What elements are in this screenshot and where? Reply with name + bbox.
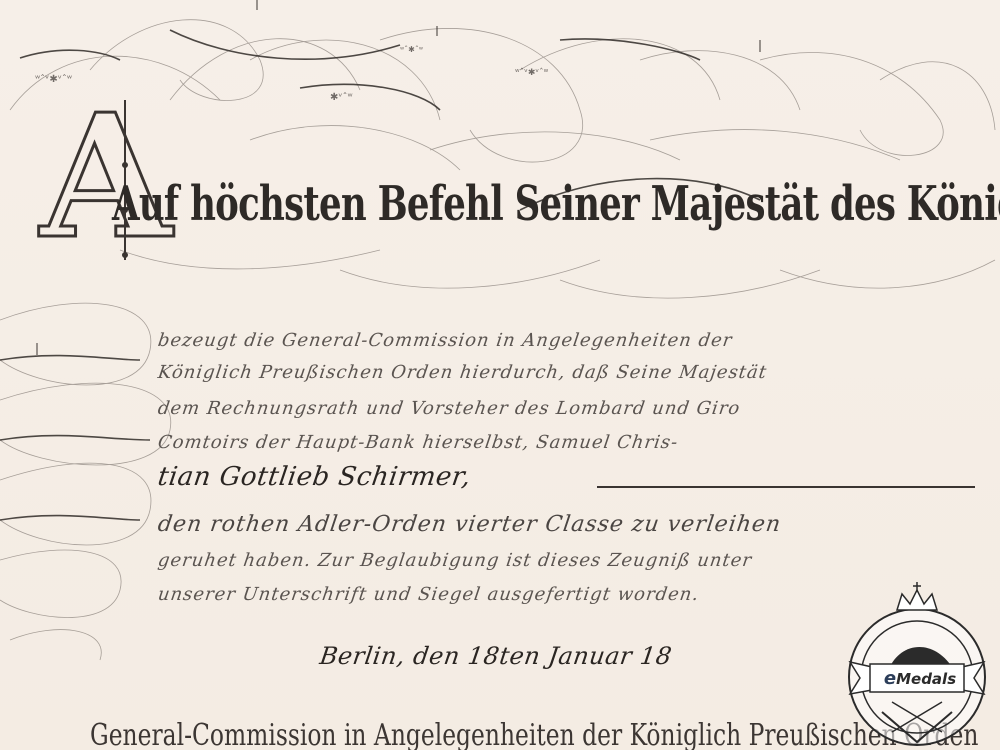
body-line-3: dem Rechnungsrath und Vorsteher des Lomb… xyxy=(157,398,742,419)
body-line-1: bezeugt die General-Commission in Angele… xyxy=(157,330,734,351)
emedals-logo-text: eMedals xyxy=(880,668,960,689)
name-underline xyxy=(597,486,975,488)
body-line-2: Königlich Preußischen Orden hierdurch, d… xyxy=(157,362,769,383)
certificate-page: ʷˆᵛ✱ᵛˆʷ ✱ᵛˆʷ ʷˆ✱ˆʷ ʷˆᵛ✱ᵛˆʷ A Auf höchste… xyxy=(0,0,1000,750)
emedals-logo-rest: Medals xyxy=(896,670,956,688)
award-line: den rothen Adler-Orden vierter Classe zu… xyxy=(156,512,783,537)
recipient-name-line: tian Gottlieb Schirmer, xyxy=(156,462,473,492)
emedals-watermark-badge xyxy=(842,582,992,750)
body-line-4: Comtoirs der Haupt-Bank hierselbst, Samu… xyxy=(157,432,680,453)
emedals-logo-e: e xyxy=(884,668,896,689)
body-line-7: geruhet haben. Zur Beglaubigung ist dies… xyxy=(157,550,754,571)
body-line-8: unserer Unterschrift und Siegel ausgefer… xyxy=(157,584,701,605)
place-date-line: Berlin, den 18ten Januar 18 xyxy=(318,642,674,670)
